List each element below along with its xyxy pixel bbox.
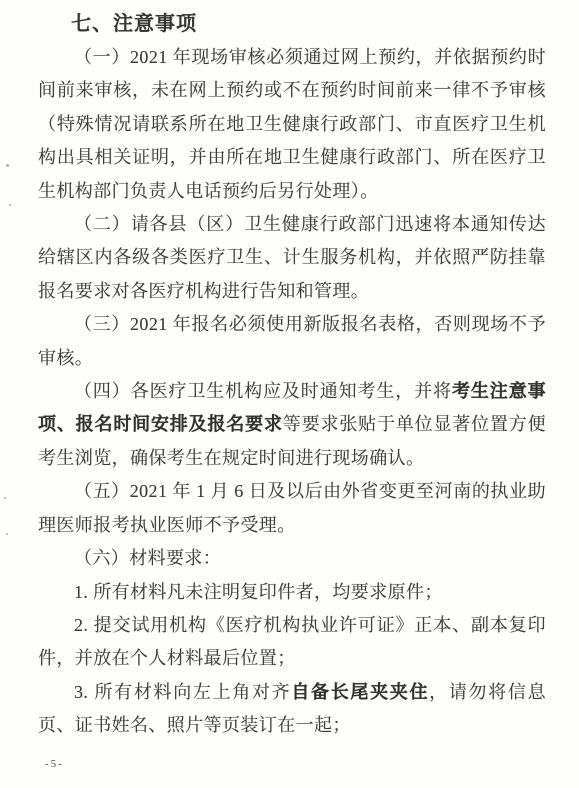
paragraph-item-4: （四）各医疗卫生机构应及时通知考生，并将考生注意事项、报名时间安排及报名要求等要… [38, 375, 546, 475]
scan-speck [6, 533, 8, 535]
text-segment: （二）请各县（区）卫生健康行政部门迅速将本通知传达给辖区内各级各类医疗卫生、计生… [38, 214, 546, 301]
text-segment: （一）2021 年现场审核必须通过网上预约，并依据预约时间前来审核，未在网上预约… [38, 47, 546, 201]
scan-speck [9, 204, 11, 206]
text-segment: （五）2021 年 1 月 6 日及以后由外省变更至河南的执业助理医师报考执业医… [38, 481, 546, 534]
text-segment: 2. 提交试用机构《医疗机构执业许可证》正本、副本复印件，并放在个人材料最后位置… [38, 615, 546, 668]
scan-speck [6, 164, 9, 167]
section-heading: 七、注意事项 [38, 8, 546, 41]
paragraph-material-2: 2. 提交试用机构《医疗机构执业许可证》正本、副本复印件，并放在个人材料最后位置… [38, 609, 546, 676]
text-segment: （四）各医疗卫生机构应及时通知考生，并将 [74, 381, 452, 401]
document-page: 七、注意事项 （一）2021 年现场审核必须通过网上预约，并依据预约时间前来审核… [0, 0, 579, 788]
text-segment: （三）2021 年报名必须使用新版报名表格，否则现场不予审核。 [38, 314, 546, 367]
paragraph-material-3: 3. 所有材料向左上角对齐自备长尾夹夹住，请勿将信息页、证书姓名、照片等页装订在… [38, 676, 546, 743]
text-segment: 自备长尾夹夹住 [291, 682, 429, 702]
text-segment: 1. 所有材料凡未注明复印件者，均要求原件； [74, 582, 443, 602]
paragraph-item-6: （六）材料要求： [38, 542, 546, 575]
paragraph-item-5: （五）2021 年 1 月 6 日及以后由外省变更至河南的执业助理医师报考执业医… [38, 475, 546, 542]
paragraph-material-1: 1. 所有材料凡未注明复印件者，均要求原件； [38, 576, 546, 609]
paragraph-item-3: （三）2021 年报名必须使用新版报名表格，否则现场不予审核。 [38, 308, 546, 375]
paragraph-list: （一）2021 年现场审核必须通过网上预约，并依据预约时间前来审核，未在网上预约… [38, 41, 546, 743]
text-segment: 3. 所有材料向左上角对齐 [74, 682, 291, 702]
text-segment: （六）材料要求： [74, 548, 221, 568]
paragraph-item-2: （二）请各县（区）卫生健康行政部门迅速将本通知传达给辖区内各级各类医疗卫生、计生… [38, 208, 546, 308]
page-number: -5- [45, 758, 64, 770]
document-content: 七、注意事项 （一）2021 年现场审核必须通过网上预约，并依据预约时间前来审核… [38, 8, 546, 743]
scan-speck [4, 497, 6, 499]
paragraph-item-1: （一）2021 年现场审核必须通过网上预约，并依据预约时间前来审核，未在网上预约… [38, 41, 546, 208]
